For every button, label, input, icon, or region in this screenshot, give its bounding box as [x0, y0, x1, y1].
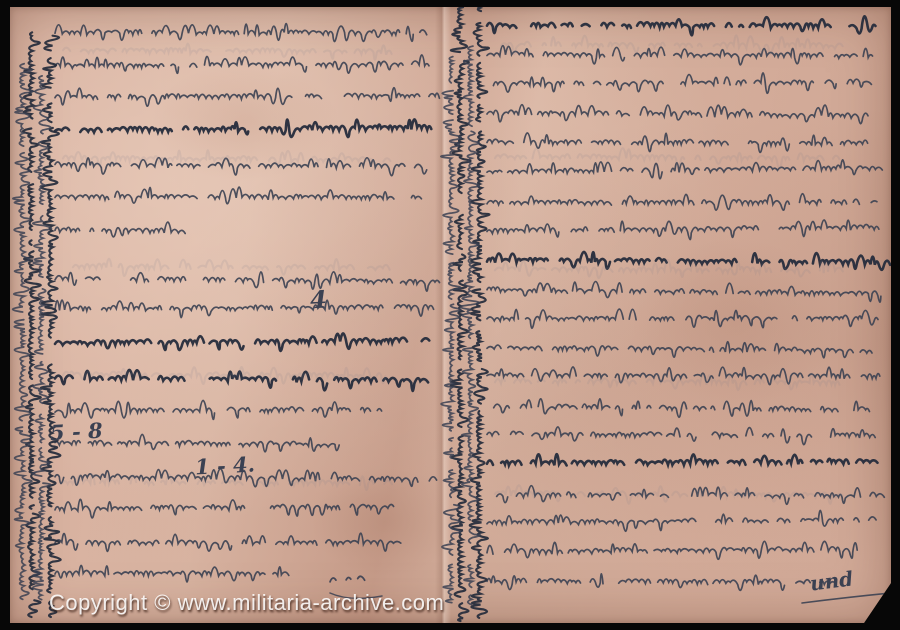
handwriting-line-right-17 — [497, 486, 885, 505]
ink-showthrough — [63, 150, 390, 167]
handwriting-line-left-12 — [55, 400, 393, 420]
handwriting-line-right-15 — [487, 426, 875, 444]
handwriting-line-right-7 — [487, 194, 885, 211]
handwriting-line-right-8 — [487, 219, 885, 241]
ink-showthrough — [495, 148, 839, 169]
handwriting-line-right-6 — [487, 159, 882, 180]
letter-scan: und45 - 81 - 4. Copyright © www.militari… — [0, 0, 900, 630]
handwriting-line-right-4 — [487, 102, 878, 125]
ink-showthrough — [495, 372, 840, 391]
handwriting-line-right-10 — [487, 281, 881, 303]
ink-showthrough — [63, 43, 392, 60]
paper-stain — [630, 237, 840, 407]
left-margin-annotation-outer — [23, 26, 41, 617]
ink-showthrough — [495, 259, 843, 279]
handwriting-line-right-16 — [487, 453, 878, 466]
handwriting-line-right-3 — [493, 72, 881, 94]
handwriting-line-left-3 — [55, 87, 439, 107]
handwriting-line-left-6 — [55, 187, 421, 204]
handwriting-line-right-2 — [487, 46, 873, 66]
handwriting-line-left-17 — [55, 565, 289, 582]
left-margin-annotation-inner-echo — [33, 76, 52, 600]
handwriting-line-left-15 — [55, 497, 419, 518]
gutter-annotation-right-echo — [460, 46, 480, 604]
handwriting-line-right-12 — [487, 340, 872, 359]
handwriting-line-left-1 — [55, 24, 427, 42]
handwriting-line-right-1 — [487, 15, 876, 36]
handwriting-line-left-8 — [55, 269, 440, 291]
handwriting-line-left-16 — [55, 533, 401, 551]
ink-showthrough — [495, 485, 843, 505]
handwriting-line-left-9 — [55, 298, 434, 318]
ink-showthrough — [63, 366, 393, 385]
legible-fragment-packet-count: 4 — [309, 285, 327, 315]
left-margin-annotation-outer-echo — [13, 64, 33, 600]
handwriting-line-left-2 — [55, 55, 429, 74]
legible-fragment-numbering-1-4: 1 - 4. — [194, 451, 255, 479]
fold-crease — [435, 7, 451, 623]
gutter-annotation-right — [470, 7, 490, 618]
handwriting-line-right-9 — [487, 251, 890, 270]
paper-stain — [150, 62, 340, 182]
handwriting-line-right-20 — [487, 574, 836, 591]
catchword-right: und — [809, 566, 855, 595]
gutter-annotation-left — [451, 7, 471, 621]
handwriting-line-right-18 — [487, 510, 876, 532]
handwriting-line-left-5 — [55, 156, 427, 175]
ink-showthrough — [73, 258, 390, 278]
handwriting-line-left-10 — [55, 333, 429, 353]
handwriting-line-left-4 — [55, 118, 431, 139]
handwriting-line-left-7 — [55, 221, 185, 238]
handwriting-line-right-14 — [494, 398, 870, 420]
catchword-left — [330, 575, 381, 583]
handwriting-line-right-11 — [487, 309, 878, 329]
ink-showthrough — [501, 34, 843, 56]
copyright-watermark: Copyright © www.militaria-archive.com — [49, 590, 444, 616]
handwriting-line-right-13 — [487, 367, 880, 385]
handwriting-line-right-5 — [487, 133, 868, 153]
letter-paper: und45 - 81 - 4. — [10, 7, 891, 623]
left-margin-annotation-inner — [41, 36, 61, 617]
handwriting-line-right-19 — [487, 540, 869, 561]
legible-fragment-numbering-5-8: 5 - 8 — [49, 418, 103, 446]
handwriting-line-left-11 — [55, 369, 428, 391]
